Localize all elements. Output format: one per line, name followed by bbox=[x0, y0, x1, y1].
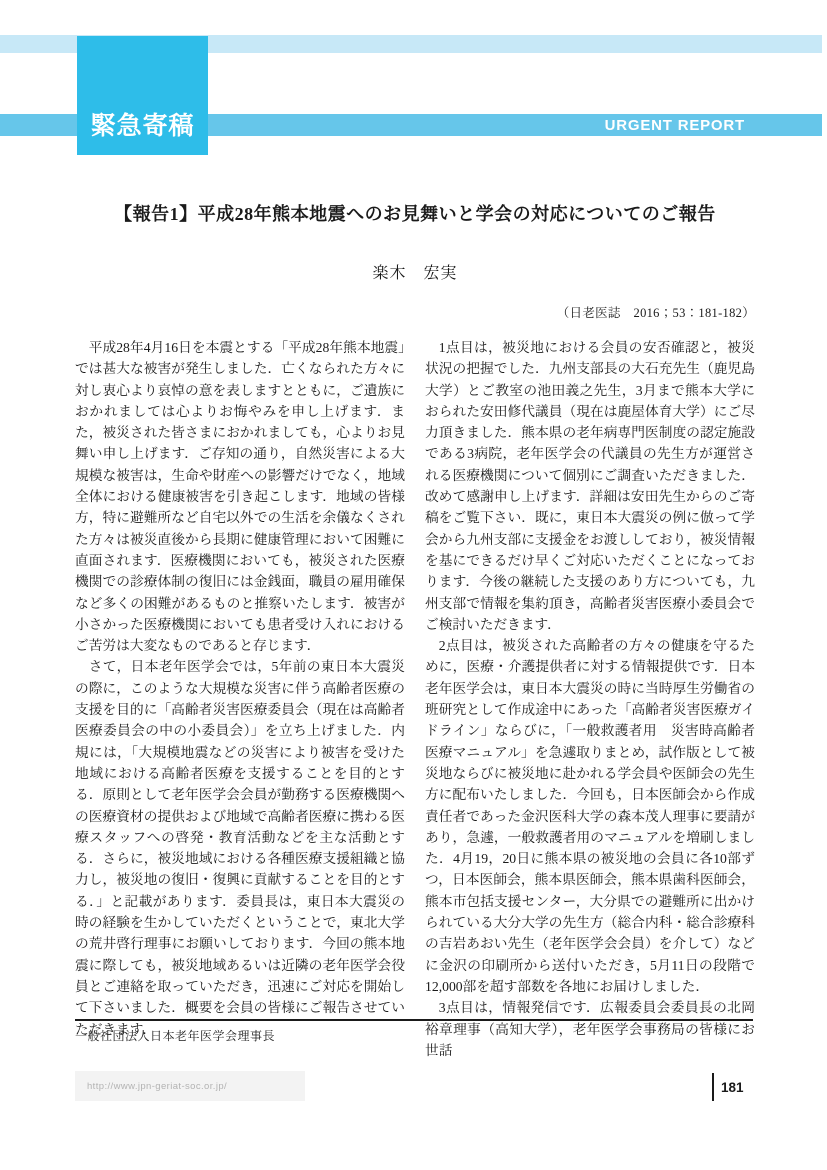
page-number: 181 bbox=[721, 1080, 744, 1095]
journal-url: http://www.jpn-geriat-soc.or.jp/ bbox=[87, 1081, 227, 1092]
journal-url-box: http://www.jpn-geriat-soc.or.jp/ bbox=[75, 1071, 305, 1101]
paragraph-left-1: 平成28年4月16日を本震とする「平成28年熊本地震」では甚大な被害が発生しまし… bbox=[75, 337, 405, 656]
category-box: 緊急寄稿 bbox=[77, 36, 208, 155]
category-label: 緊急寄稿 bbox=[90, 106, 194, 142]
page-number-block: 181 bbox=[712, 1073, 744, 1101]
left-column: 平成28年4月16日を本震とする「平成28年熊本地震」では甚大な被害が発生しまし… bbox=[75, 337, 405, 1061]
citation-reference: （日老医誌 2016；53：181-182） bbox=[557, 303, 755, 321]
paragraph-right-2: 2点目は，被災された高齢者の方々の健康を守るために，医療・介護提供者に対する情報… bbox=[425, 635, 755, 997]
paragraph-right-1: 1点目は，被災地における会員の安否確認と，被災状況の把握でした．九州支部長の大石… bbox=[425, 337, 755, 635]
paragraph-right-3: 3点目は，情報発信です．広報委員会委員長の北岡裕章理事（高知大学），老年医学会事… bbox=[425, 997, 755, 1061]
article-title: 【報告1】平成28年熊本地震へのお見舞いと学会の対応についてのご報告 bbox=[75, 200, 755, 226]
urgent-report-label: URGENT REPORT bbox=[605, 117, 745, 134]
footnote-divider bbox=[75, 1019, 753, 1021]
author-affiliation-footnote: 一般社団法人日本老年医学会理事長 bbox=[75, 1027, 275, 1044]
right-column: 1点目は，被災地における会員の安否確認と，被災状況の把握でした．九州支部長の大石… bbox=[425, 337, 755, 1061]
journal-page: URGENT REPORT 緊急寄稿 【報告1】平成28年熊本地震へのお見舞いと… bbox=[0, 0, 827, 1170]
article-body: 平成28年4月16日を本震とする「平成28年熊本地震」では甚大な被害が発生しまし… bbox=[75, 337, 755, 1061]
paragraph-left-2: さて，日本老年医学会では，5年前の東日本大震災の際に，このような大規模な災害に伴… bbox=[75, 656, 405, 1039]
author-name: 楽木 宏実 bbox=[75, 260, 755, 283]
